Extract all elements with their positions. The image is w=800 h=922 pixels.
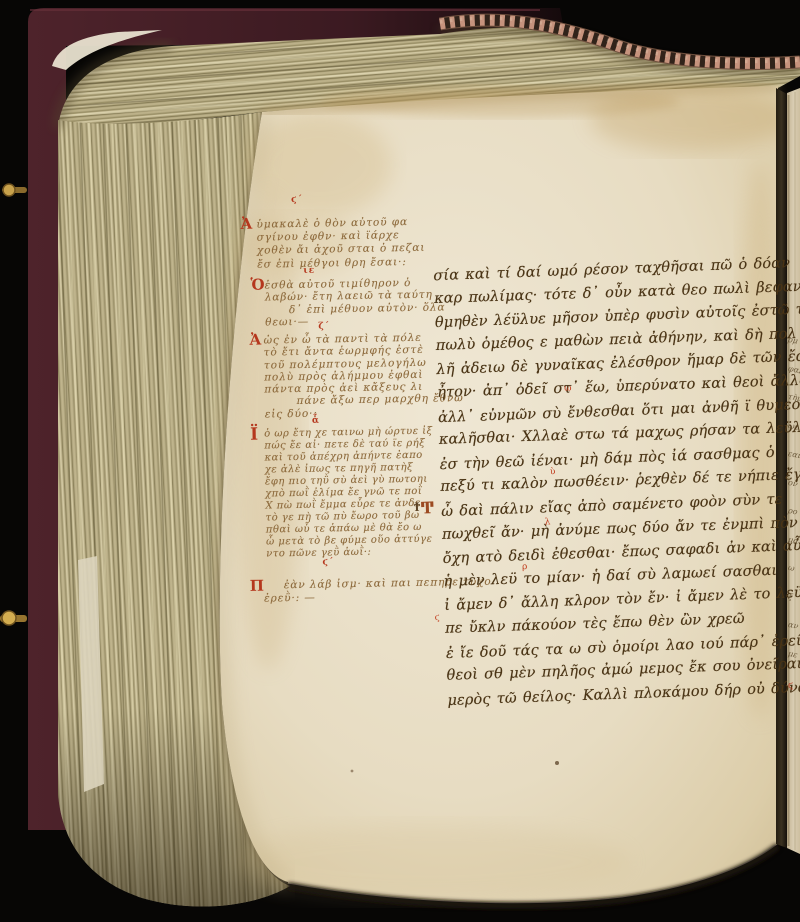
red-text-initial: Ͳ xyxy=(421,498,434,517)
scholion-initial: Ἀ xyxy=(249,331,261,349)
scholion-line: ντο πῶνε γεῢ ἀωῒ·: xyxy=(266,546,435,561)
scholion-number-sign: ϛ´ xyxy=(322,557,334,567)
scholion-block: ὡς ἐν ὦ τὰ παντὶ τὰ πόλετὸ ἔτι ἄντα ἑωρμ… xyxy=(263,331,464,421)
scholion-initial: Ὁ xyxy=(250,276,264,294)
text-fragment: τὴν xyxy=(783,392,800,423)
manuscript-photo: ϛ´ Ἀ ὑμακαλὲ ὁ θὸν αὐτοῦ φασγίνου ἐφθν· … xyxy=(0,0,800,922)
text-fragment: ρο xyxy=(783,506,800,537)
red-correction-mark: ὺ xyxy=(550,467,556,477)
scholion-initial: Ἀ xyxy=(240,215,252,233)
red-correction-mark: ϛ xyxy=(435,613,440,623)
scholion-number-sign: ϛ´ xyxy=(291,195,303,205)
scholion-block: ἐσθὰ αὐτοῦ τιμίθηρον ὁλαβών· ἔτη λαειῶ τ… xyxy=(264,276,445,328)
red-fragment-mark: ϛ xyxy=(788,681,793,691)
scholion-line: εἰς δύο·: xyxy=(265,405,464,421)
scholion-block: ὑμακαλὲ ὁ θὸν αὐτοῦ φασγίνου ἐφθν· καὶ ϊ… xyxy=(256,216,425,272)
text-fragment: ω xyxy=(783,563,800,594)
text-fragment: ον xyxy=(783,477,800,508)
red-correction-mark: λ xyxy=(544,517,550,527)
scholion-initial: Ϊ xyxy=(250,425,258,445)
text-fragment: αν xyxy=(783,620,800,651)
scholion-number-sign: ἆ xyxy=(312,416,320,426)
facing-page-text-fragments: ρμφαλτὴνωεεανονρομαωξανμε xyxy=(786,336,800,678)
scholion-number-sign: ιε xyxy=(303,266,315,276)
scholia-column: ϛ´ Ἀ ὑμακαλὲ ὁ θὸν αὐτοῦ φασγίνου ἐφθν· … xyxy=(236,193,443,626)
scholion-number-sign: ζ´ xyxy=(318,321,330,331)
scholion-line: ἔσ ἐπὶ μέθγοι θρη ἔσαι·: xyxy=(257,255,426,271)
scholion-initial: Π xyxy=(250,577,264,595)
text-fragment: εαν xyxy=(783,449,800,480)
main-text-column: σία καὶ τί δαί ωμό ρέσον ταχθῆσαι πῶ ὁ δ… xyxy=(433,252,800,712)
text-fragment: με xyxy=(783,648,800,679)
main-text-lines: σία καὶ τί δαί ωμό ρέσον ταχθῆσαι πῶ ὁ δ… xyxy=(433,252,800,712)
scholion-line: θεωι·— xyxy=(265,313,446,328)
red-correction-mark: ρ xyxy=(522,562,528,572)
marginal-cross-mark: Ϯ xyxy=(413,499,420,515)
text-fragment: ξ xyxy=(783,591,800,622)
text-fragment: ρμ xyxy=(783,335,800,366)
text-fragment: φαλ xyxy=(783,363,800,394)
text-fragment: ωε xyxy=(783,420,800,451)
red-correction-mark: ω xyxy=(564,383,572,393)
scholion-block: ὁ ωρ ἔτη χε ταινω μὴ ώρτυε ἰξπώς ἔε αἰ· … xyxy=(264,426,435,561)
text-fragment: μα xyxy=(783,534,800,565)
